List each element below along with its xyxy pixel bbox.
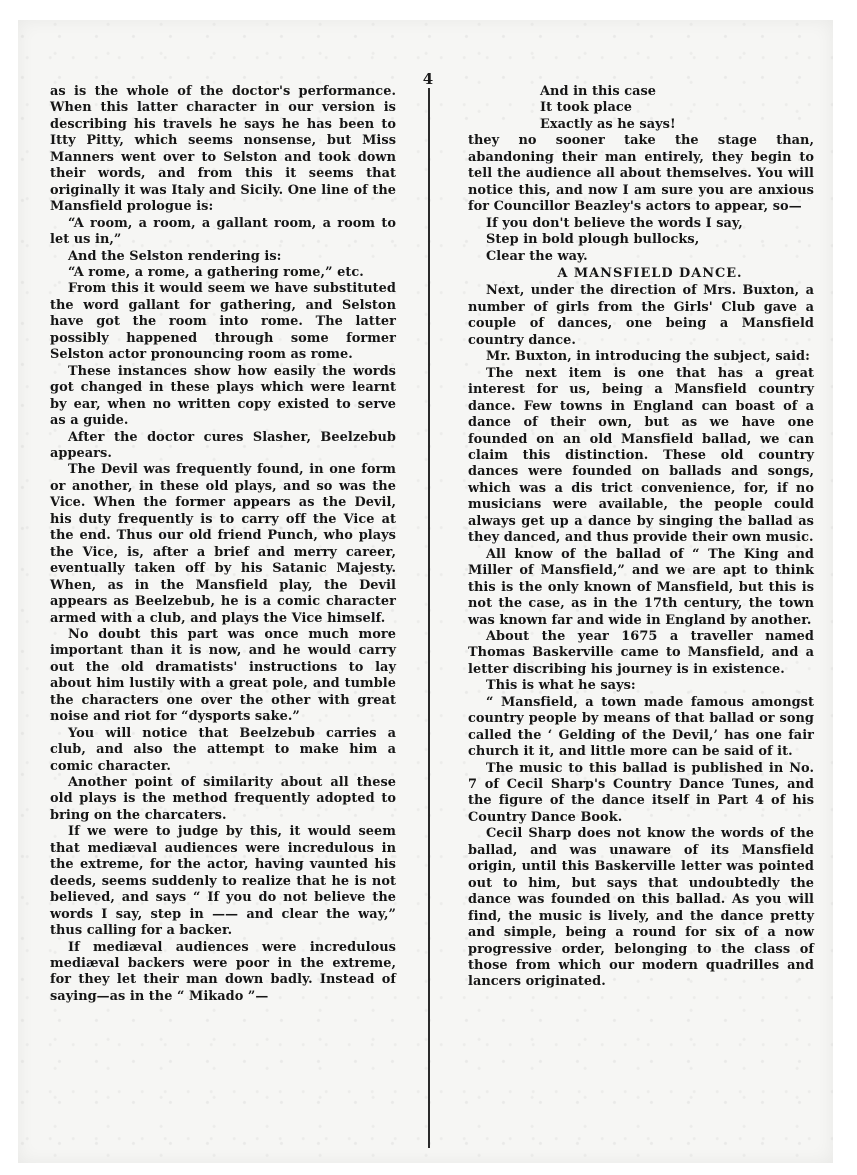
paragraph: From this it would seem we have substitu…	[50, 281, 396, 363]
paragraph: About the year 1675 a traveller named Th…	[468, 629, 814, 678]
paragraph: as is the whole of the doctor's performa…	[50, 84, 396, 216]
right-column: And in this caseIt took placeExactly as …	[468, 84, 814, 991]
paragraph: “ Mansfield, a town made famous amongst …	[468, 695, 814, 761]
verse-line: Clear the way.	[468, 249, 814, 265]
paragraph: All know of the ballad of “ The King and…	[468, 547, 814, 629]
left-column: as is the whole of the doctor's performa…	[50, 84, 396, 1005]
paragraph: they no sooner take the stage than, aban…	[468, 133, 814, 215]
paragraph: If mediæval audiences were incredulous m…	[50, 940, 396, 1006]
paragraph: After the doctor cures Slasher, Beelzebu…	[50, 430, 396, 463]
paragraph: Cecil Sharp does not know the words of t…	[468, 826, 814, 991]
section-heading: A MANSFIELD DANCE.	[468, 266, 814, 282]
paragraph: And the Selston rendering is:	[50, 249, 396, 265]
paragraph: “A room, a room, a gallant room, a room …	[50, 216, 396, 249]
page-number: 4	[418, 70, 438, 88]
paragraph: “A rome, a rome, a gathering rome,” etc.	[50, 265, 396, 281]
paragraph: Mr. Buxton, in introducing the subject, …	[468, 349, 814, 365]
verse-line: Exactly as he says!	[468, 117, 814, 133]
paragraph: The Devil was frequently found, in one f…	[50, 462, 396, 627]
paragraph: The next item is one that has a great in…	[468, 366, 814, 547]
verse-line: And in this case	[468, 84, 814, 100]
paragraph: This is what he says:	[468, 678, 814, 694]
paragraph: The music to this ballad is published in…	[468, 761, 814, 827]
paragraph: You will notice that Beelzebub carries a…	[50, 726, 396, 775]
paragraph: If we were to judge by this, it would se…	[50, 824, 396, 939]
verse-line: It took place	[468, 100, 814, 116]
column-divider	[428, 88, 430, 1148]
paragraph: Another point of similarity about all th…	[50, 775, 396, 824]
verse-line: If you don't believe the words I say,	[468, 216, 814, 232]
paragraph: These instances show how easily the word…	[50, 364, 396, 430]
paragraph: Next, under the direction of Mrs. Buxton…	[468, 283, 814, 349]
paragraph: No doubt this part was once much more im…	[50, 627, 396, 726]
verse-line: Step in bold plough bullocks,	[468, 232, 814, 248]
